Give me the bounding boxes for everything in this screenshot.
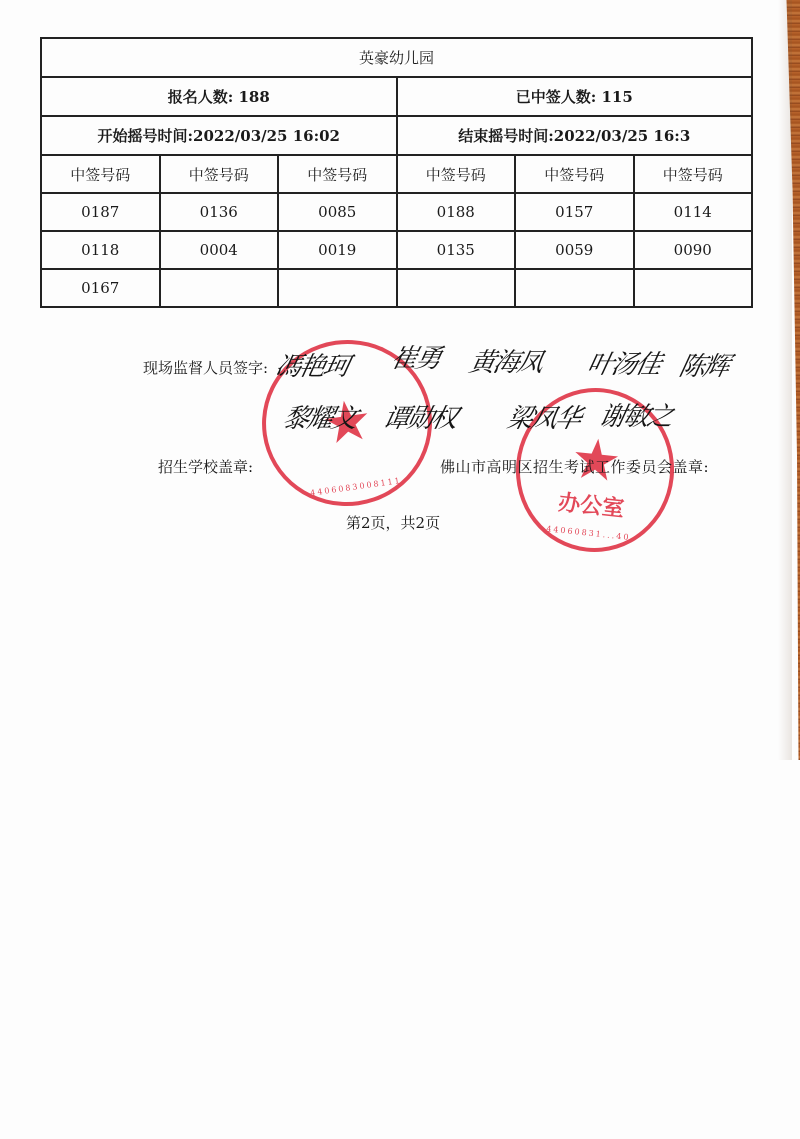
school-seal-label: 招生学校盖章: — [158, 456, 253, 477]
table-row: 018701360085018801570114 — [41, 193, 752, 231]
column-header: 中签号码 — [515, 155, 634, 193]
paper-edge-shadow — [778, 0, 792, 760]
winning-number-cell: 0059 — [515, 231, 634, 269]
end-time: 结束摇号时间:2022/03/25 16:3 — [397, 116, 753, 155]
table-row: 0167 — [41, 269, 752, 307]
winning-number-cell: 0004 — [160, 231, 279, 269]
winning-number-cell: 0187 — [41, 193, 160, 231]
signature: 梁凤华 — [504, 398, 584, 435]
supervisor-signature-label: 现场监督人员签字: — [143, 357, 268, 378]
column-header: 中签号码 — [278, 155, 397, 193]
column-header: 中签号码 — [634, 155, 753, 193]
school-name: 英豪幼儿园 — [41, 38, 752, 77]
column-header: 中签号码 — [160, 155, 279, 193]
selected-count: 已中签人数: 115 — [397, 77, 753, 116]
signature: 谭勋权 — [380, 398, 460, 435]
committee-seal-label: 佛山市高明区招生考试工作委员会盖章: — [440, 456, 709, 477]
registered-count: 报名人数: 188 — [41, 77, 397, 116]
winning-number-cell: 0157 — [515, 193, 634, 231]
winning-number-cell: 0114 — [634, 193, 753, 231]
winning-number-cell — [278, 269, 397, 307]
signature: 馮艳珂 — [272, 346, 352, 383]
winning-number-cell — [515, 269, 634, 307]
winning-number-cell: 0136 — [160, 193, 279, 231]
signature: 崔勇 — [388, 338, 444, 375]
winning-number-cell — [160, 269, 279, 307]
start-time: 开始摇号时间:2022/03/25 16:02 — [41, 116, 397, 155]
winning-number-cell: 0085 — [278, 193, 397, 231]
winning-number-cell: 0118 — [41, 231, 160, 269]
winning-number-cell — [397, 269, 516, 307]
winning-number-cell — [634, 269, 753, 307]
signature: 陈辉 — [676, 346, 732, 383]
winning-number-cell: 0090 — [634, 231, 753, 269]
table-row: 011800040019013500590090 — [41, 231, 752, 269]
signature: 黄海凤 — [466, 342, 546, 379]
winning-number-cell: 0135 — [397, 231, 516, 269]
signature: 谢敏之 — [596, 396, 676, 433]
winning-number-cell: 0188 — [397, 193, 516, 231]
lottery-results-table: 英豪幼儿园 报名人数: 188 已中签人数: 115 开始摇号时间:2022/0… — [40, 37, 753, 308]
signature: 叶汤佳 — [584, 344, 664, 381]
page-indicator: 第2页，共2页 — [346, 512, 440, 533]
column-header: 中签号码 — [397, 155, 516, 193]
table-header-row: 中签号码中签号码中签号码中签号码中签号码中签号码 — [41, 155, 752, 193]
signature: 黎耀文 — [280, 398, 360, 435]
column-header: 中签号码 — [41, 155, 160, 193]
winning-number-cell: 0167 — [41, 269, 160, 307]
winning-number-cell: 0019 — [278, 231, 397, 269]
